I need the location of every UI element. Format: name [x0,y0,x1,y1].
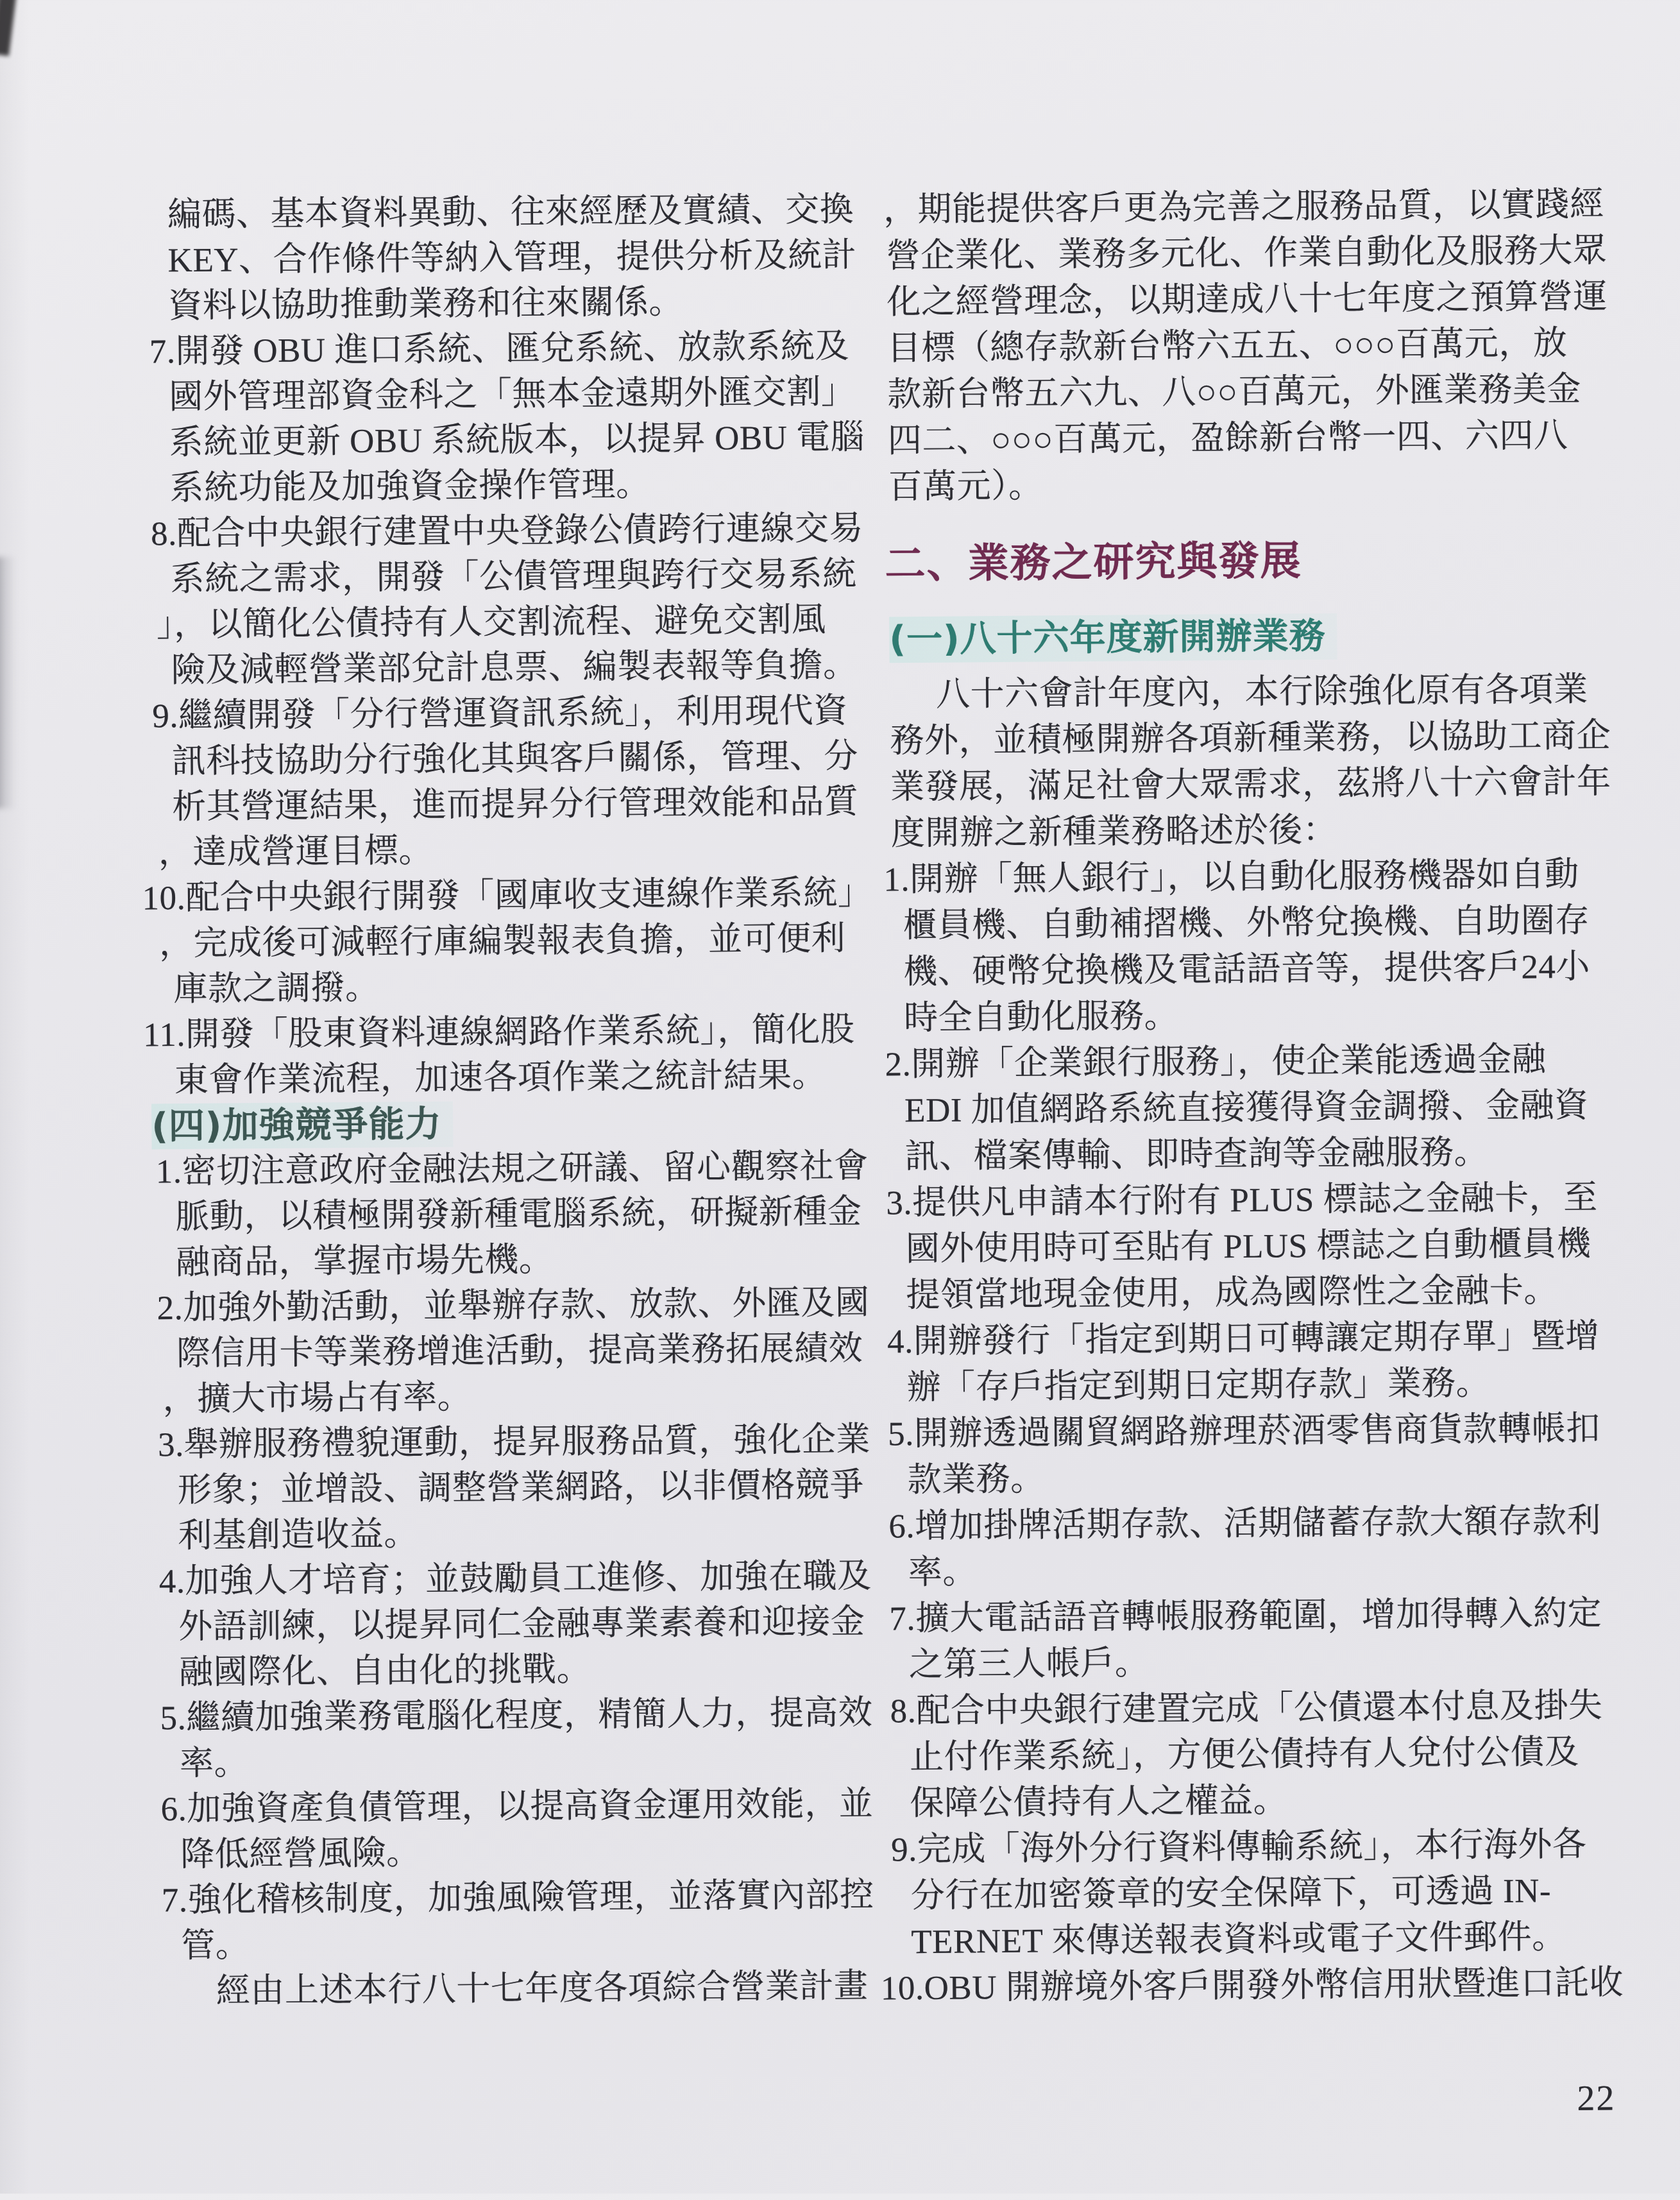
text-line: 6.增加掛牌活期存款、活期儲蓄存款大額存款利 [888,1497,1622,1549]
text-line: 9.完成「海外分行資料傳輸系統」，本行海外各 [891,1821,1624,1873]
text-line: 東會作業流程，加速各項作業之統計結果。 [174,1052,888,1104]
text-line: 10.配合中央銀行開發「國庫收支連線作業系統」 [142,870,887,921]
text-line: 經由上述本行八十七年度各項綜合營業計畫 [216,1963,895,2014]
text-line: 脈動，以積極開發新種電腦系統，研擬新種金 [175,1189,889,1240]
text-line: 融商品，掌握市場先機。 [176,1234,890,1286]
text-line: 1.開辦「無人銀行」，以自動化服務機器如自動 [883,851,1616,903]
text-line: 務外，並積極開辦各項新種業務，以協助工商企 [890,712,1615,764]
text-line: 險及減輕營業部兌計息票、編製表報等負擔。 [171,642,885,694]
text-line: 率。 [180,1735,894,1787]
text-line: 櫃員機、自動補摺機、外幣兌換機、自助圈存 [903,897,1617,949]
text-line: 四二、○○○百萬元，盈餘新台幣一四、六四八 [888,413,1613,465]
text-line: 系統功能及加強資金操作管理。 [169,460,883,511]
text-line: 7.擴大電話語音轉帳服務範圍，增加得轉入約定 [889,1590,1622,1642]
text-line: 1.密切注意政府金融法規之研議、留心觀察社會 [156,1143,889,1195]
text-line: 辦「存戶指定到期日定期存款」業務。 [906,1359,1620,1411]
text-line: 系統之需求，開發「公債管理與跨行交易系統 [170,551,884,602]
text-line: KEY、合作條件等納入管理，提供分析及統計 [167,232,881,284]
text-line: 際信用卡等業務增進活動，提高業務拓展績效 [176,1326,890,1377]
text-line: 」，以簡化公債持有人交割流程、避免交割風 [157,597,885,648]
text-line: 6.加強資產負債管理，以提高資金運用效能，並 [160,1781,894,1832]
text-line: ，期能提供客戶更為完善之服務品質，以實踐經 [883,182,1611,234]
text-line: 訊科技協助分行強化其與客戶關係，管理、分 [172,733,886,785]
text-line: 9.繼續開發「分行營運資訊系統」，利用現代資 [152,688,885,739]
text-line: 業發展，滿足社會大眾需求，茲將八十六會計年 [890,758,1616,810]
text-line: 保障公債持有人之權益。 [910,1775,1624,1827]
text-line: 4.開辦發行「指定到期日可轉讓定期存單」暨增 [887,1313,1620,1365]
text-line: TERNET 來傳送報表資料或電子文件郵件。 [911,1913,1625,1965]
text-line: 款業務。 [907,1451,1621,1503]
scanned-page: 編碼、基本資料異動、往來經歷及實績、交換KEY、合作條件等納入管理，提供分析及統… [0,0,1680,2194]
text-line: 八十六會計年度內，本行除強化原有各項業 [936,666,1615,717]
text-line: 度開辦之新種業務略述於後： [890,805,1616,857]
page-content: 編碼、基本資料異動、往來經歷及實績、交換KEY、合作條件等納入管理，提供分析及統… [0,0,1680,2194]
page-number: 22 [1577,2078,1616,2119]
text-line: ，擴大市場占有率。 [162,1371,890,1422]
text-line: 分行在加密簽章的安全保障下，可透過 IN- [911,1867,1625,1919]
text-line: 化之經營理念，以期達成八十七年度之預算營運 [887,274,1612,326]
text-line: 5.開辦透過關貿網路辦理菸酒零售商貨款轉帳扣 [888,1405,1621,1457]
text-line: 7.開發 OBU 進口系統、匯兌系統、放款系統及 [149,323,883,375]
section-heading: (一)八十六年度新開辦業務 [889,613,1337,663]
text-line: 3.舉辦服務禮貌運動，提昇服務品質，強化企業 [158,1417,891,1468]
text-line: EDI 加值網路系統直接獲得資金調撥、金融資 [904,1082,1618,1134]
text-line: 系統並更新 OBU 系統版本，以提昇 OBU 電腦 [169,414,883,466]
text-line: 形象；並增設、調整營業網路，以非價格競爭 [178,1462,892,1514]
text-line: 3.提供凡申請本行附有 PLUS 標誌之金融卡，至 [886,1174,1619,1226]
text-line: 析其營運結果，進而提昇分行管理效能和品質 [172,779,886,830]
text-line: 7.強化稽核制度，加強風險管理，並落實內部控 [162,1872,895,1923]
right-column: ，期能提供客戶更為完善之服務品質，以實踐經營企業化、業務多元化、作業自動化及服務… [886,182,1625,2012]
text-line: 利基創造收益。 [178,1508,892,1559]
text-line: 管。 [181,1918,895,1969]
text-line: 2.加強外勤活動，並舉辦存款、放款、外匯及國 [157,1280,890,1331]
text-line: 時全自動化服務。 [904,989,1618,1041]
text-line: 4.加強人才培育；並鼓勵員工進修、加強在職及 [159,1553,892,1605]
text-line: 國外管理部資金科之「無本金遠期外匯交割」 [169,369,883,420]
text-line: 率。 [908,1544,1622,1596]
section-heading: 二、業務之研究與發展 [885,536,1614,588]
text-line: 款新台幣五六九、八○○百萬元，外匯業務美金 [887,366,1613,418]
text-line: 融國際化、自由化的挑戰。 [179,1644,893,1696]
text-line: 外語訓練，以提昇同仁金融專業素養和迎接金 [178,1599,892,1650]
text-line: 8.配合中央銀行建置完成「公債還本付息及掛失 [890,1682,1623,1734]
left-column: 編碼、基本資料異動、往來經歷及實績、交換KEY、合作條件等納入管理，提供分析及統… [156,187,895,2015]
section-heading: (四)加強競爭能力 [151,1102,454,1150]
text-line: ，完成後可減輕行庫編製報表負擔，並可便利 [159,916,887,967]
text-line: 百萬元）。 [888,459,1613,511]
text-line: 訊、檔案傳輸、即時查詢等金融服務。 [904,1128,1618,1180]
text-line: 降低經營風險。 [180,1827,894,1878]
text-line: 10.OBU 開辦境外客戶開發外幣信用狀暨進口託收 [881,1959,1625,2011]
text-line: 機、硬幣兌換機及電話語音等，提供客戶24小 [903,943,1617,995]
text-line: 國外使用時可至貼有 PLUS 標誌之自動櫃員機 [906,1220,1620,1272]
text-line: 之第三人帳戶。 [909,1636,1623,1688]
text-line: 2.開辦「企業銀行服務」，使企業能透過金融 [885,1036,1618,1087]
text-line: 提領當地現金使用，成為國際性之金融卡。 [906,1266,1620,1318]
text-line: 止付作業系統」，方便公債持有人兌付公債及 [910,1728,1624,1780]
text-line: 編碼、基本資料異動、往來經歷及實績、交換 [167,187,881,238]
text-line: ，達成營運目標。 [158,824,887,876]
text-line: 目標（總存款新台幣六五五、○○○百萬元，放 [887,320,1613,372]
text-line: 庫款之調撥。 [173,961,887,1012]
text-line: 資料以協助推動業務和往來關係。 [168,278,882,329]
text-line: 營企業化、業務多元化、作業自動化及服務大眾 [886,228,1611,280]
text-line: 8.配合中央銀行建置中央登錄公債跨行連線交易 [151,506,884,557]
text-line: 11.開發「股東資料連線網路作業系統」，簡化股 [143,1007,888,1058]
text-line: 5.繼續加強業務電腦化程度，精簡人力，提高效 [160,1690,893,1741]
